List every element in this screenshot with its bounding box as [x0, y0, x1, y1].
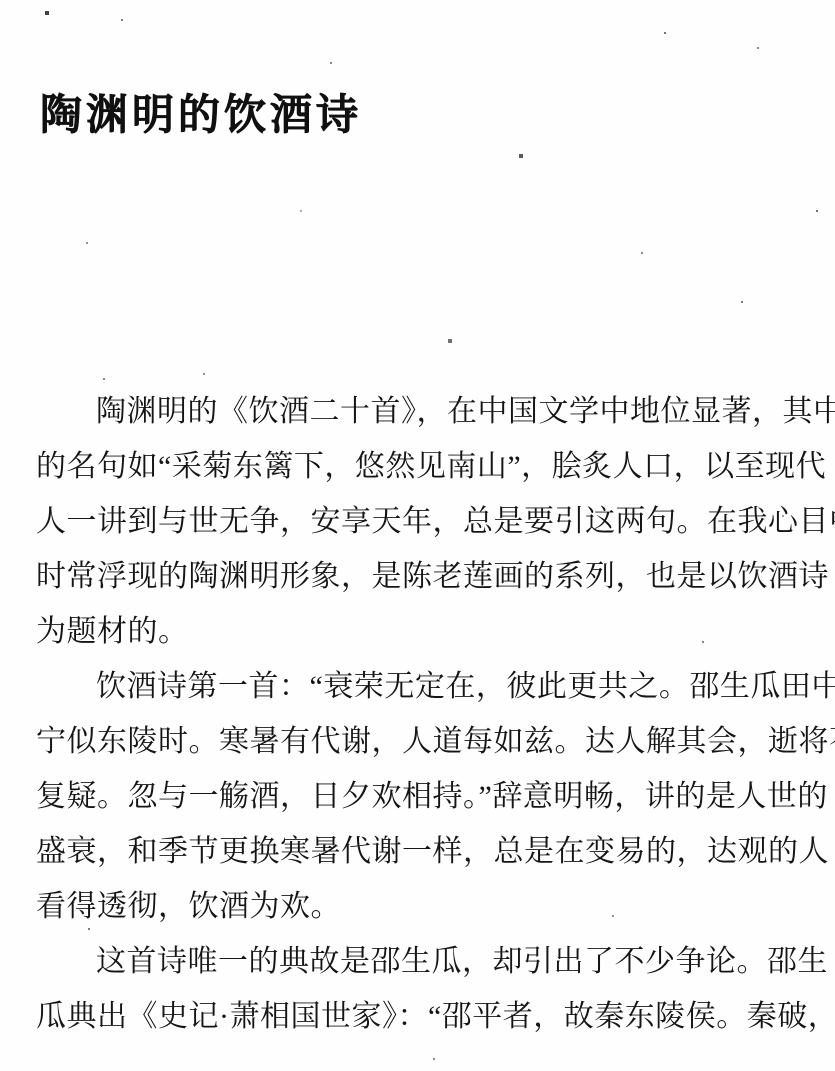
text-line: 盛衰，和季节更换寒暑代谢一样，总是在变易的，达观的人	[36, 824, 804, 879]
page-title: 陶渊明的饮酒诗	[40, 82, 362, 142]
text-line: 陶渊明的《饮酒二十首》，在中国文学中地位显著，其中	[36, 384, 804, 439]
text-line: 复疑。忽与一觞酒，日夕欢相持。”辞意明畅，讲的是人世的	[36, 769, 804, 824]
body-text: 陶渊明的《饮酒二十首》，在中国文学中地位显著，其中 的名句如“采菊东篱下，悠然见…	[36, 384, 804, 1044]
text-line: 人一讲到与世无争，安享天年，总是要引这两句。在我心目中	[36, 494, 804, 549]
text-line: 为题材的。	[36, 604, 804, 659]
text-line: 饮酒诗第一首：“衰荣无定在，彼此更共之。邵生瓜田中，	[36, 659, 804, 714]
text-line: 时常浮现的陶渊明形象，是陈老莲画的系列，也是以饮酒诗	[36, 549, 804, 604]
text-line: 的名句如“采菊东篱下，悠然见南山”，脍炙人口，以至现代	[36, 439, 804, 494]
paragraph-3: 这首诗唯一的典故是邵生瓜，却引出了不少争论。邵生 瓜典出《史记·萧相国世家》：“…	[36, 934, 804, 1044]
scan-noise-specks	[0, 0, 2, 2]
paragraph-2: 饮酒诗第一首：“衰荣无定在，彼此更共之。邵生瓜田中， 宁似东陵时。寒暑有代谢，人…	[36, 659, 804, 934]
text-line: 看得透彻，饮酒为欢。	[36, 879, 804, 934]
text-line: 这首诗唯一的典故是邵生瓜，却引出了不少争论。邵生	[36, 934, 804, 989]
text-line: 宁似东陵时。寒暑有代谢，人道每如兹。达人解其会，逝将不	[36, 714, 804, 769]
text-line: 瓜典出《史记·萧相国世家》：“邵平者，故秦东陵侯。秦破，	[36, 989, 804, 1044]
paragraph-1: 陶渊明的《饮酒二十首》，在中国文学中地位显著，其中 的名句如“采菊东篱下，悠然见…	[36, 384, 804, 659]
scanned-book-page: 陶渊明的饮酒诗 陶渊明的《饮酒二十首》，在中国文学中地位显著，其中 的名句如“采…	[0, 0, 835, 1071]
